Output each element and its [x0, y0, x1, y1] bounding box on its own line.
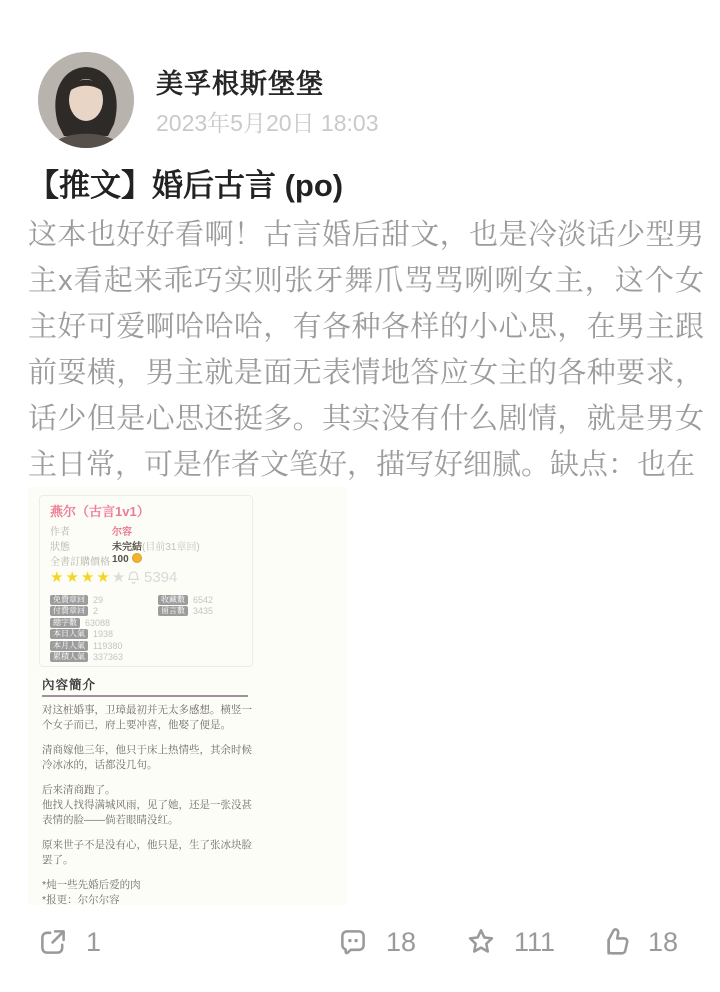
star-icon: ★	[65, 569, 80, 586]
intro-paragraphs: 对这桩婚事，卫璋最初并无太多感想。横竖一个女子而已，府上要冲喜，他娶了便是。 清…	[42, 703, 254, 918]
book-status-row: 狀態 未完結(目前31章回)	[50, 538, 245, 553]
stat-value: 2	[93, 606, 98, 616]
book-author-row: 作者 尔容	[50, 523, 245, 538]
post-body-text: 这本也好好看啊！古言婚后甜文，也是冷淡话少型男主x看起来乖巧实则张牙舞爪骂骂咧咧…	[28, 212, 704, 488]
stat-label: 本月人氣	[50, 641, 88, 651]
status-value: 未完結	[112, 542, 142, 553]
share-button[interactable]: 1	[36, 925, 101, 959]
avatar-portrait-image	[38, 52, 134, 148]
comment-button[interactable]: 18	[336, 925, 416, 959]
status-label: 狀態	[50, 542, 70, 553]
stat-label: 本日人氣	[50, 629, 88, 639]
stat-label: 付費章回	[50, 606, 88, 616]
subscriber-count: 5394	[144, 569, 177, 586]
subscriber-icon	[126, 570, 141, 585]
stat-label: 總字數	[50, 618, 80, 628]
book-stats-left: 免費章回29 付費章回2 總字數63088 本日人氣1938 本月人氣11938…	[50, 594, 123, 663]
star-icon: ★	[112, 569, 127, 586]
intro-paragraph: *炖一些先婚后爱的肉 *报更：尔尔尔容	[42, 878, 254, 908]
book-rating-stars: ★★★★★	[50, 568, 127, 586]
intro-paragraph: 原来世子不是没有心，他只是，生了张冰块脸罢了。	[42, 838, 254, 868]
post-date: 2023年5月20日 18:03	[156, 105, 379, 138]
stat-label: 留言數	[158, 606, 188, 616]
status-note: (目前31章回)	[142, 542, 200, 553]
stat-value: 63088	[85, 618, 110, 628]
author-label: 作者	[50, 527, 70, 538]
stat-value: 337363	[93, 652, 123, 662]
intro-paragraph: 清商嫁他三年，他只于床上热情些，其余时候冷冰冰的，话都没几句。	[42, 743, 254, 773]
book-price-row: 全書訂購價格 100	[50, 553, 245, 568]
username[interactable]: 美孚根斯堡堡	[156, 62, 324, 101]
stat-label: 免費章回	[50, 595, 88, 605]
intro-heading: 內容簡介	[42, 675, 96, 693]
stat-label: 累積人氣	[50, 652, 88, 662]
book-title: 燕尔（古言1v1）	[50, 501, 150, 520]
stat-value: 3435	[193, 606, 213, 616]
subscriber-count-group: 5394	[126, 569, 177, 586]
stat-value: 119380	[93, 641, 122, 651]
comment-icon	[336, 925, 370, 959]
thumbs-up-icon	[598, 925, 632, 959]
share-icon	[36, 925, 70, 959]
favorite-count: 111	[514, 927, 555, 958]
share-count: 1	[86, 927, 101, 958]
intro-paragraph: 后来清商跑了。 他找人找得满城风雨，见了她，还是一张没甚表情的脸——倘若眼睛没红…	[42, 783, 254, 828]
coin-icon	[132, 553, 142, 563]
stat-value: 1938	[93, 629, 113, 639]
price-value: 100	[112, 554, 129, 565]
post-title: 【推文】婚后古言 (po)	[28, 160, 343, 205]
star-icon: ★	[81, 569, 96, 586]
comment-count: 18	[386, 927, 416, 958]
favorite-button[interactable]: 111	[464, 925, 555, 959]
stat-label: 收藏數	[158, 595, 188, 605]
price-label: 全書訂購價格	[50, 557, 110, 568]
post-page: 美孚根斯堡堡 2023年5月20日 18:03 【推文】婚后古言 (po) 这本…	[0, 0, 720, 992]
embedded-book-screenshot[interactable]: 燕尔（古言1v1） 作者 尔容 狀態 未完結(目前31章回) 全書訂購價格 10…	[28, 487, 346, 905]
like-button[interactable]: 18	[598, 925, 678, 959]
star-icon: ★	[50, 569, 65, 586]
like-count: 18	[648, 927, 678, 958]
book-info-card: 燕尔（古言1v1） 作者 尔容 狀態 未完結(目前31章回) 全書訂購價格 10…	[39, 495, 253, 667]
star-outline-icon	[464, 925, 498, 959]
intro-paragraph: 对这桩婚事，卫璋最初并无太多感想。横竖一个女子而已，府上要冲喜，他娶了便是。	[42, 703, 254, 733]
star-icon: ★	[96, 569, 111, 586]
stat-value: 29	[93, 595, 103, 605]
stat-value: 6542	[193, 595, 213, 605]
intro-divider	[42, 695, 248, 697]
avatar[interactable]	[38, 52, 134, 148]
book-stats-right: 收藏數6542 留言數3435	[158, 594, 213, 617]
author-name: 尔容	[112, 523, 132, 538]
